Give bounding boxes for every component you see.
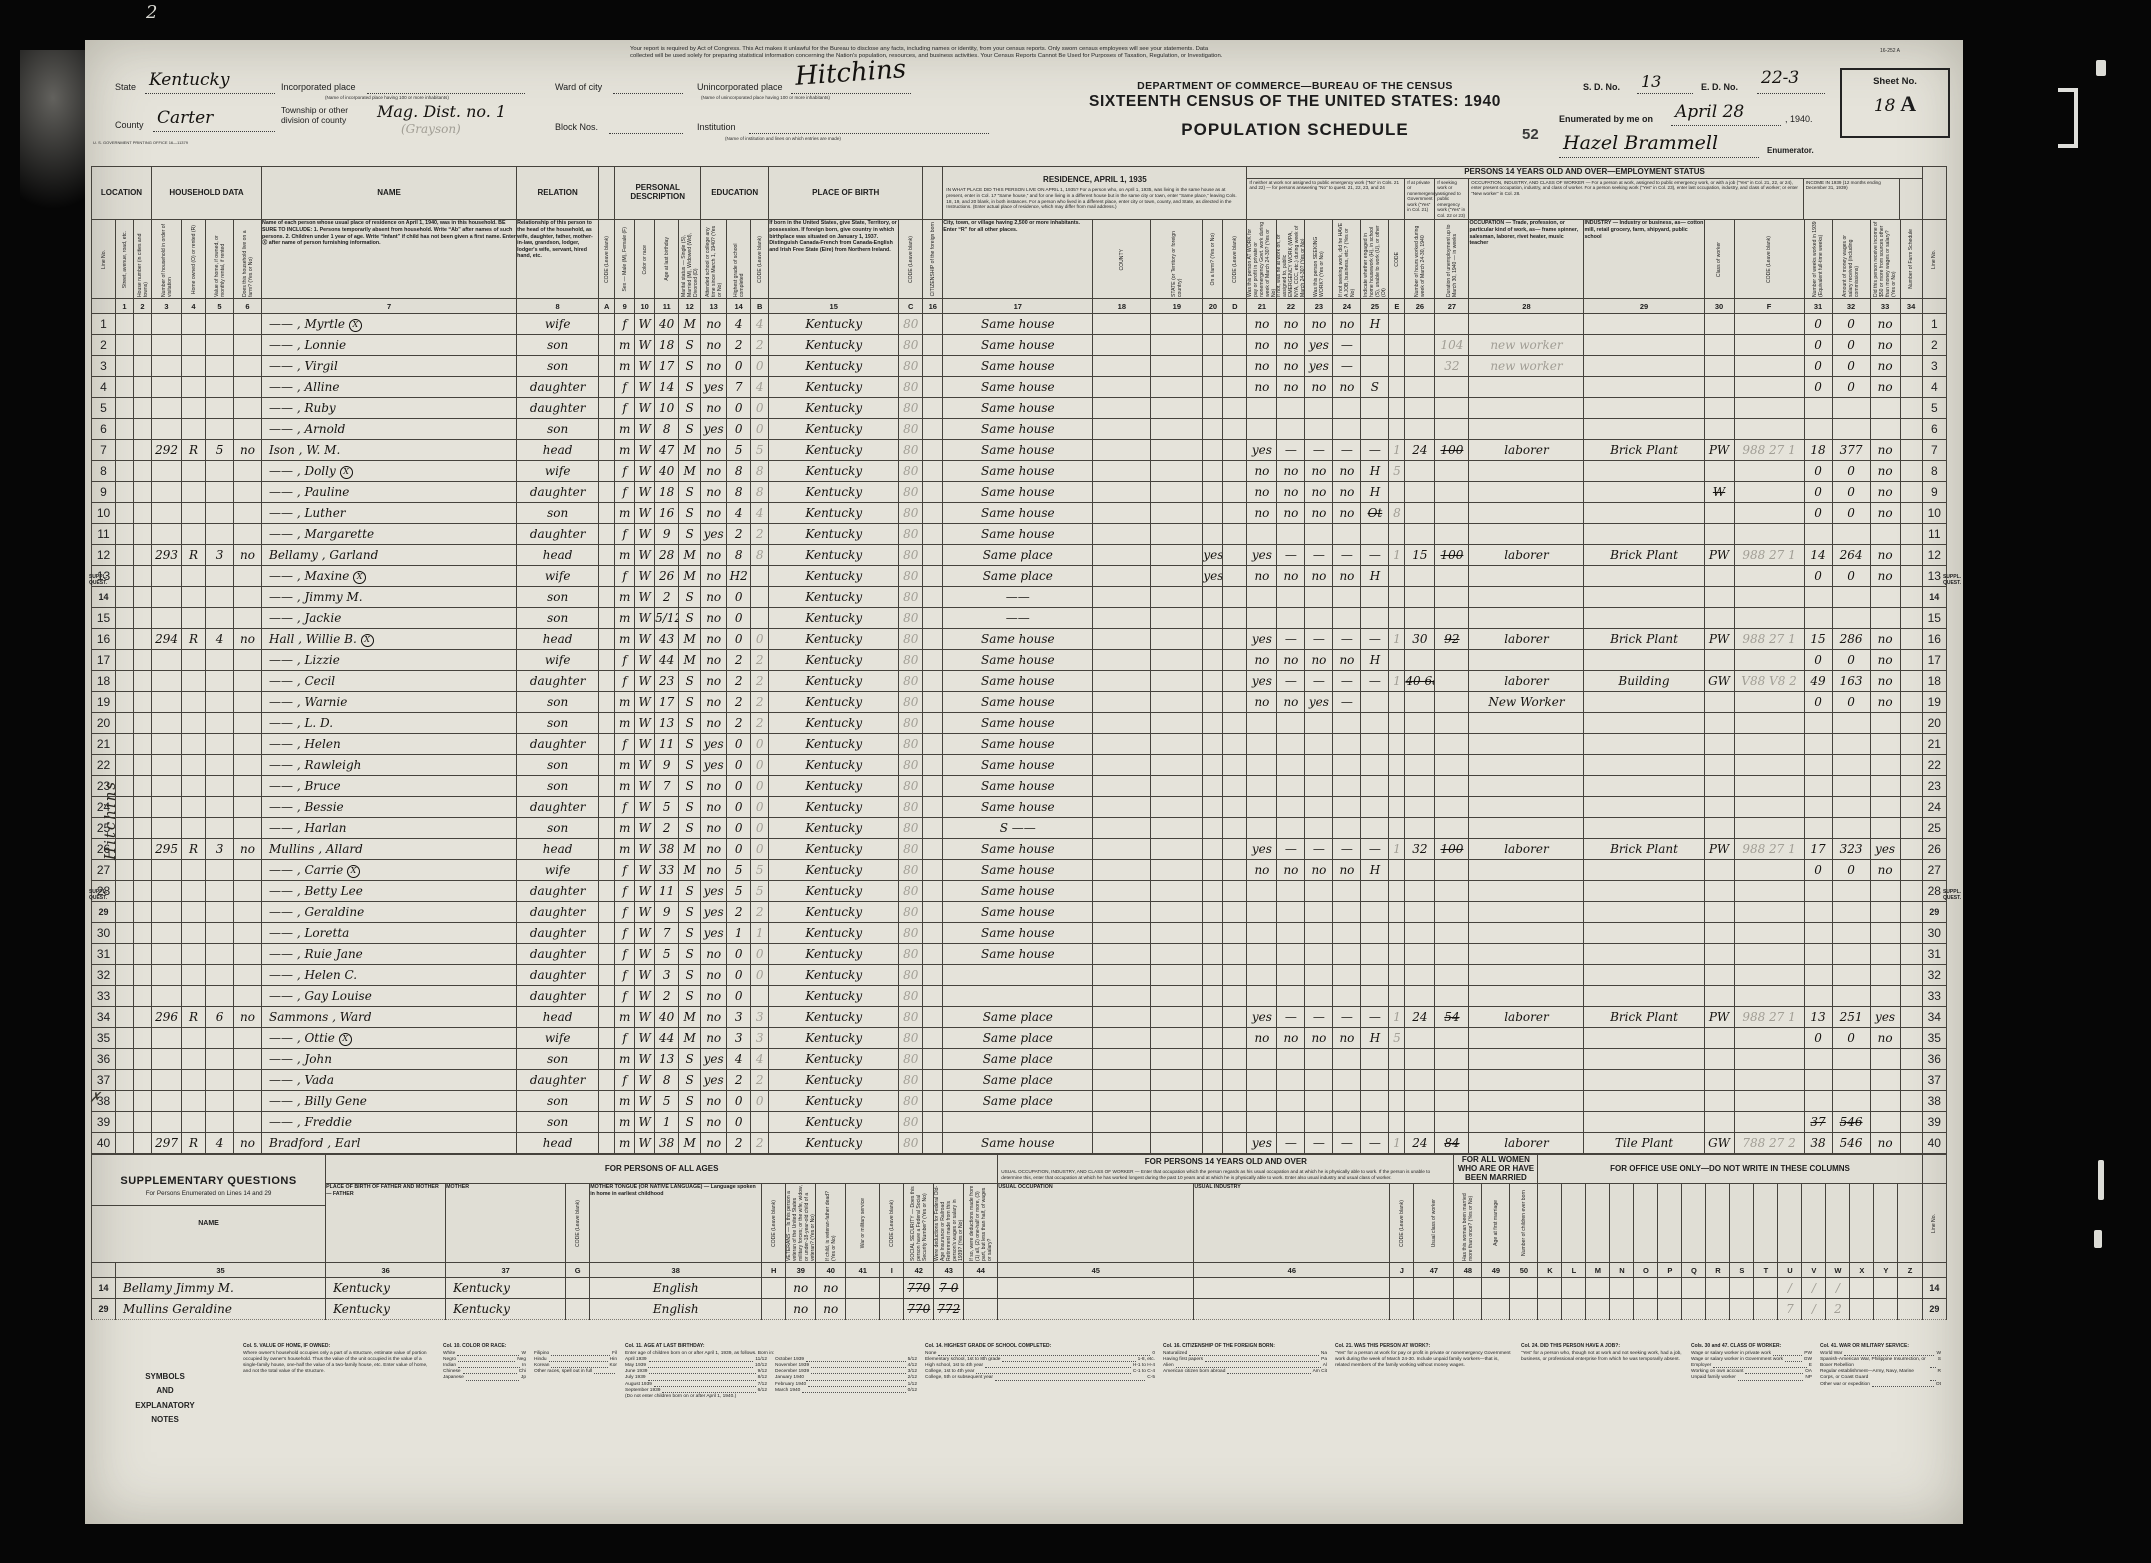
cell-bp: Kentucky — [769, 1091, 899, 1112]
supplementary-questions-table: SUPPLEMENTARY QUESTIONSFor Persons Enume… — [91, 1154, 1947, 1320]
cell-res: Same house — [943, 356, 1093, 377]
cell-ind — [1584, 566, 1704, 587]
cell-val — [206, 587, 234, 608]
cell-sex: f — [615, 671, 635, 692]
cell-house — [134, 944, 152, 965]
cell-w50 — [1510, 1278, 1538, 1299]
cell-E — [1389, 692, 1405, 713]
column-number-hrs: 26 — [1405, 299, 1435, 314]
column-number-lineR — [1922, 1263, 1946, 1278]
census-row-10: 10—— , LuthersonmW16Sno44Kentucky80Same … — [92, 503, 1947, 524]
column-number-K: K — [1538, 1263, 1562, 1278]
cell-hh — [152, 734, 182, 755]
cell-A — [599, 776, 615, 797]
cell-c24 — [1333, 923, 1361, 944]
cell-wk — [1804, 986, 1832, 1007]
cell-house — [134, 1112, 152, 1133]
cell-val — [206, 608, 234, 629]
cell-mar: M — [679, 650, 701, 671]
cell-hrs — [1405, 986, 1435, 1007]
cell-name: —— , Bruce — [262, 776, 517, 797]
cell-bp: Kentucky — [769, 986, 899, 1007]
cell-res: —— — [943, 587, 1093, 608]
cell-ind — [1584, 923, 1704, 944]
ed-line — [1757, 92, 1825, 94]
column-number-father: 36 — [326, 1263, 446, 1278]
group-header: PERSONS 14 YEARS OLD AND OVER—EMPLOYMENT… — [1247, 167, 1922, 220]
cell-D — [1223, 1070, 1247, 1091]
census-row-15: 15—— , JackiesonmW5/12Sno0Kentucky80——15 — [92, 608, 1947, 629]
cell-mar: S — [679, 797, 701, 818]
cell-bp: Kentucky — [769, 377, 899, 398]
cell-ten — [182, 482, 206, 503]
cell-house — [134, 314, 152, 335]
cell-G — [566, 1278, 590, 1299]
cell-mar: S — [679, 356, 701, 377]
cell-sex: m — [615, 545, 635, 566]
cell-B: 2 — [751, 692, 769, 713]
cell-street — [116, 419, 134, 440]
cell-bp: Kentucky — [769, 755, 899, 776]
cell-farm — [234, 587, 262, 608]
cell-D — [1223, 650, 1247, 671]
column-number-M: M — [1586, 1263, 1610, 1278]
info-provider-circled-x: X — [349, 319, 362, 332]
column-header-T — [1754, 1184, 1778, 1263]
cell-st — [1151, 671, 1203, 692]
note-block-4: Col. 14. HIGHEST GRADE OF SCHOOL COMPLET… — [921, 1340, 1159, 1431]
cell-hrs — [1405, 524, 1435, 545]
cell-c23 — [1305, 1112, 1333, 1133]
cell-occ: new worker — [1469, 356, 1584, 377]
cell-B: 2 — [751, 902, 769, 923]
cell-wk — [1804, 755, 1832, 776]
cell-sex: m — [615, 1049, 635, 1070]
cell-E — [1389, 608, 1405, 629]
cell-C: 80 — [899, 797, 923, 818]
cell-wk: 0 — [1804, 503, 1832, 524]
cell-name: —— , Loretta — [262, 923, 517, 944]
cell-val: 6 — [206, 1007, 234, 1028]
column-number-cnty: 18 — [1093, 299, 1151, 314]
cell-occ — [1469, 461, 1584, 482]
cell-occ — [1469, 965, 1584, 986]
cell-sch: yes — [701, 419, 727, 440]
cell-house — [134, 923, 152, 944]
cell-C: 80 — [899, 776, 923, 797]
cell-hh — [152, 671, 182, 692]
cell-cit — [923, 923, 943, 944]
cell-gr: 2 — [727, 1070, 751, 1091]
cell-B: 5 — [751, 860, 769, 881]
cell-rel: head — [517, 1007, 599, 1028]
cell-f35 — [1203, 986, 1223, 1007]
census-row-31: 31—— , Ruie JanedaughterfW5Sno00Kentucky… — [92, 944, 1947, 965]
cell-ind46 — [1194, 1299, 1390, 1320]
cell-oth — [1870, 923, 1900, 944]
cell-sex: m — [615, 419, 635, 440]
cell-f35 — [1203, 398, 1223, 419]
cell-c22 — [1277, 734, 1305, 755]
cell-st — [1151, 335, 1203, 356]
cell-gr: 7 — [727, 377, 751, 398]
cell-name: —— , Jimmy M. — [262, 587, 517, 608]
cell-B — [751, 1112, 769, 1133]
cell-age: 5/12 — [655, 608, 679, 629]
cell-race: W — [635, 923, 655, 944]
cell-race: W — [635, 1049, 655, 1070]
column-header-Z — [1898, 1184, 1922, 1263]
cell-hrs — [1405, 335, 1435, 356]
cell-c22: no — [1277, 1028, 1305, 1049]
cell-hh — [152, 482, 182, 503]
cell-c23 — [1305, 713, 1333, 734]
cell-fs — [1900, 965, 1922, 986]
cell-E — [1389, 860, 1405, 881]
cell-val — [206, 713, 234, 734]
column-number-cit: 16 — [923, 299, 943, 314]
group-header: PLACE OF BIRTH — [769, 167, 923, 220]
sheet-number: 18 — [1874, 96, 1896, 116]
cell-st — [1151, 1049, 1203, 1070]
cell-name: —— , Freddie — [262, 1112, 517, 1133]
cell-occ — [1469, 713, 1584, 734]
cell-V: / — [1802, 1278, 1826, 1299]
cell-c23 — [1305, 419, 1333, 440]
cell-F — [1734, 692, 1804, 713]
cell-age: 3 — [655, 965, 679, 986]
cell-c23: — — [1305, 671, 1333, 692]
cell-E: 1 — [1389, 440, 1405, 461]
cell-dur — [1435, 881, 1469, 902]
cell-cnty — [1093, 923, 1151, 944]
cell-dur — [1435, 503, 1469, 524]
cell-race: W — [635, 1091, 655, 1112]
cell-D — [1223, 314, 1247, 335]
cell-lineR: 14 — [1922, 1278, 1946, 1299]
cell-oth — [1870, 986, 1900, 1007]
cell-occ — [1469, 944, 1584, 965]
cell-sch: no — [701, 1028, 727, 1049]
cell-sex: m — [615, 629, 635, 650]
cell-dur: 100 — [1435, 545, 1469, 566]
cell-race: W — [635, 797, 655, 818]
cell-c24 — [1333, 734, 1361, 755]
cell-F — [1734, 314, 1804, 335]
cell-N — [1610, 1299, 1634, 1320]
page-stamp: 52 — [1522, 126, 1539, 143]
cell-st — [1151, 356, 1203, 377]
cell-c25: — — [1361, 629, 1389, 650]
cell-ind — [1584, 1028, 1704, 1049]
cell-lineL: 4 — [92, 377, 116, 398]
cell-name: —— , Billy Gene — [262, 1091, 517, 1112]
cell-B: 0 — [751, 965, 769, 986]
cell-cls — [1704, 734, 1734, 755]
census-row-36: 36—— , JohnsonmW13Syes44Kentucky80Same p… — [92, 1049, 1947, 1070]
enum-year: , 1940. — [1785, 114, 1813, 124]
cell-dur — [1435, 944, 1469, 965]
cell-lineL: 11 — [92, 524, 116, 545]
cell-B — [751, 608, 769, 629]
cell-wk — [1804, 881, 1832, 902]
cell-wk: 0 — [1804, 860, 1832, 881]
cell-lineL: 6 — [92, 419, 116, 440]
column-header-lineR: Line No. — [1922, 1184, 1946, 1263]
cell-lineR: 8 — [1922, 461, 1946, 482]
cell-ten — [182, 1028, 206, 1049]
cell-hrs — [1405, 923, 1435, 944]
note-block-7: Col. 24. DID THIS PERSON HAVE A JOB?:“Ye… — [1517, 1340, 1687, 1431]
cell-hh — [152, 755, 182, 776]
cell-sch: no — [701, 356, 727, 377]
cell-C: 80 — [899, 461, 923, 482]
county-line — [153, 130, 275, 132]
cell-res: Same house — [943, 398, 1093, 419]
group-header — [923, 167, 943, 220]
column-header-st: STATE (or Territory or foreign country) — [1151, 220, 1203, 299]
cell-O — [1634, 1278, 1658, 1299]
cell-c21: no — [1247, 566, 1277, 587]
cell-c24: no — [1333, 503, 1361, 524]
cell-c23 — [1305, 755, 1333, 776]
cell-res: Same place — [943, 1007, 1093, 1028]
cell-wk — [1804, 1070, 1832, 1091]
cell-cnty — [1093, 713, 1151, 734]
cell-D — [1223, 818, 1247, 839]
cell-oth — [1870, 398, 1900, 419]
cell-mar: M — [679, 839, 701, 860]
group-header: FOR PERSONS 14 YEARS OLD AND OVERUSUAL O… — [998, 1155, 1454, 1184]
cell-rel: son — [517, 713, 599, 734]
cell-hrs — [1405, 356, 1435, 377]
cell-F: 988 27 1 — [1734, 629, 1804, 650]
cell-res: Same house — [943, 461, 1093, 482]
cell-val — [206, 503, 234, 524]
cell-T — [1754, 1278, 1778, 1299]
cell-val: 3 — [206, 545, 234, 566]
cell-hh — [152, 356, 182, 377]
cell-rel: son — [517, 776, 599, 797]
cell-bp: Kentucky — [769, 356, 899, 377]
cell-lineL: 2 — [92, 335, 116, 356]
column-header-W — [1826, 1184, 1850, 1263]
cell-mar: S — [679, 587, 701, 608]
cell-wg: 251 — [1832, 1007, 1870, 1028]
suppl-host-grid: SUPPLEMENTARY QUESTIONSFor Persons Enume… — [91, 1154, 1947, 1320]
cell-lineR: 14 — [1922, 587, 1946, 608]
cell-cls — [1704, 314, 1734, 335]
cell-E — [1389, 335, 1405, 356]
cell-cit — [923, 629, 943, 650]
cell-hrs: 15 — [1405, 545, 1435, 566]
column-header-s44: If so, were deductions made from (1) all… — [964, 1184, 998, 1263]
cell-age: 13 — [655, 713, 679, 734]
cell-hh — [152, 419, 182, 440]
cell-name: Ison , W. M. — [262, 440, 517, 461]
cell-rel: head — [517, 1133, 599, 1154]
county-value: Carter — [157, 108, 213, 128]
cell-name: —— , Myrtle X — [262, 314, 517, 335]
cell-res: Same house — [943, 734, 1093, 755]
cell-D — [1223, 965, 1247, 986]
cell-Q — [1682, 1299, 1706, 1320]
cell-dur — [1435, 713, 1469, 734]
cell-occ — [1469, 860, 1584, 881]
cell-c24 — [1333, 881, 1361, 902]
cell-cit — [923, 419, 943, 440]
cell-c24: — — [1333, 440, 1361, 461]
cell-wg: 546 — [1832, 1133, 1870, 1154]
cell-c21: yes — [1247, 671, 1277, 692]
column-header-tongue: MOTHER TONGUE (OR NATIVE LANGUAGE) — Lan… — [590, 1184, 762, 1263]
column-header-c25: Indicate whether engaged in home housewo… — [1361, 220, 1389, 299]
cell-D — [1223, 923, 1247, 944]
cell-wk — [1804, 1049, 1832, 1070]
cell-fs — [1900, 1007, 1922, 1028]
cell-ind — [1584, 881, 1704, 902]
cell-A — [599, 356, 615, 377]
cell-hh — [152, 776, 182, 797]
cell-age: 26 — [655, 566, 679, 587]
cell-fs — [1900, 797, 1922, 818]
cell-A — [599, 839, 615, 860]
cell-G — [566, 1299, 590, 1320]
block-line — [609, 132, 683, 134]
cell-st — [1151, 734, 1203, 755]
cell-c21: no — [1247, 650, 1277, 671]
cell-c25 — [1361, 776, 1389, 797]
cell-sex: m — [615, 692, 635, 713]
cell-c25 — [1361, 398, 1389, 419]
cell-occ — [1469, 1112, 1584, 1133]
cell-v39: no — [786, 1278, 816, 1299]
cell-hh — [152, 398, 182, 419]
cell-oth — [1870, 881, 1900, 902]
cell-bp: Kentucky — [769, 419, 899, 440]
cell-fs — [1900, 545, 1922, 566]
cell-c22: no — [1277, 860, 1305, 881]
cell-sex: f — [615, 650, 635, 671]
cell-val — [206, 692, 234, 713]
cell-I — [880, 1278, 904, 1299]
suppl-quest-margin-left-29: SUPPL.QUEST. — [87, 889, 109, 901]
cell-gr: 0 — [727, 839, 751, 860]
cell-street — [116, 545, 134, 566]
cell-mar: S — [679, 881, 701, 902]
cell-sch: no — [701, 335, 727, 356]
cell-gr: 4 — [727, 1049, 751, 1070]
note-block-2: Col. 10. COLOR OR RACE:WhiteWNegroNegInd… — [439, 1340, 621, 1431]
census-row-17: 17—— , LizziewifefW44Mno22Kentucky80Same… — [92, 650, 1947, 671]
cell-f35 — [1203, 860, 1223, 881]
cell-st — [1151, 818, 1203, 839]
cell-hh — [152, 1049, 182, 1070]
cell-hrs — [1405, 608, 1435, 629]
cell-bp: Kentucky — [769, 713, 899, 734]
cell-c22: no — [1277, 482, 1305, 503]
column-header-v39: VETERANS — Is this person a veteran of t… — [786, 1184, 816, 1263]
cell-D — [1223, 398, 1247, 419]
cell-fs — [1900, 398, 1922, 419]
census-row-29: 29Mullins GeraldineKentuckyKentuckyEngli… — [92, 1299, 1947, 1320]
cell-wk — [1804, 1091, 1832, 1112]
note-block-6: Col. 21. WAS THIS PERSON AT WORK?:“Yes” … — [1331, 1340, 1517, 1431]
cell-C: 80 — [899, 356, 923, 377]
cell-lineL: 5 — [92, 398, 116, 419]
cell-cls — [1704, 860, 1734, 881]
cell-c25 — [1361, 902, 1389, 923]
group-header: RESIDENCE, APRIL 1, 1935IN WHAT PLACE DI… — [943, 167, 1247, 220]
cell-cls: GW — [1704, 671, 1734, 692]
cell-c21: yes — [1247, 440, 1277, 461]
cell-gr: 5 — [727, 860, 751, 881]
cell-D — [1223, 629, 1247, 650]
cell-house — [134, 482, 152, 503]
cell-sch: yes — [701, 881, 727, 902]
cell-c21: yes — [1247, 1007, 1277, 1028]
cell-ind — [1584, 650, 1704, 671]
cell-gr: 0 — [727, 965, 751, 986]
cell-c23 — [1305, 986, 1333, 1007]
cell-bp: Kentucky — [769, 734, 899, 755]
ward-label: Ward of city — [555, 82, 602, 92]
cell-cls — [1704, 1049, 1734, 1070]
cell-street — [116, 1070, 134, 1091]
census-row-6: 6—— , ArnoldsonmW8Syes00Kentucky80Same h… — [92, 419, 1947, 440]
cell-race: W — [635, 818, 655, 839]
column-header-sex: Sex — Male (M), Female (F) — [615, 220, 635, 299]
cell-race: W — [635, 713, 655, 734]
cell-cnty — [1093, 356, 1151, 377]
cell-E — [1389, 923, 1405, 944]
cell-occ — [1469, 566, 1584, 587]
cell-oth — [1870, 1091, 1900, 1112]
cell-st — [1151, 398, 1203, 419]
cell-occ — [1469, 1028, 1584, 1049]
cell-sch: no — [701, 1007, 727, 1028]
column-number-val: 5 — [206, 299, 234, 314]
cell-C: 80 — [899, 881, 923, 902]
column-number-sch: 13 — [701, 299, 727, 314]
cell-fs — [1900, 314, 1922, 335]
cell-age: 7 — [655, 776, 679, 797]
cell-street — [116, 965, 134, 986]
cell-c25 — [1361, 881, 1389, 902]
cell-house — [134, 650, 152, 671]
cell-f35 — [1203, 734, 1223, 755]
cell-house — [134, 545, 152, 566]
cell-c25 — [1361, 965, 1389, 986]
cell-cit — [923, 986, 943, 1007]
cell-sex: m — [615, 335, 635, 356]
cell-cnty — [1093, 545, 1151, 566]
cell-race: W — [635, 482, 655, 503]
cell-B: 0 — [751, 629, 769, 650]
cell-cnty — [1093, 314, 1151, 335]
cell-res: Same house — [943, 944, 1093, 965]
cell-B: 0 — [751, 818, 769, 839]
group-header: SUPPLEMENTARY QUESTIONSFor Persons Enume… — [92, 1155, 326, 1263]
cell-A — [599, 545, 615, 566]
cell-c23 — [1305, 776, 1333, 797]
cell-cls: W — [1704, 482, 1734, 503]
cell-age: 28 — [655, 545, 679, 566]
cell-wg: 0 — [1832, 566, 1870, 587]
cell-age: 23 — [655, 671, 679, 692]
cell-hh — [152, 650, 182, 671]
census-form-paper: Your report is required by Act of Congre… — [85, 40, 1963, 1524]
